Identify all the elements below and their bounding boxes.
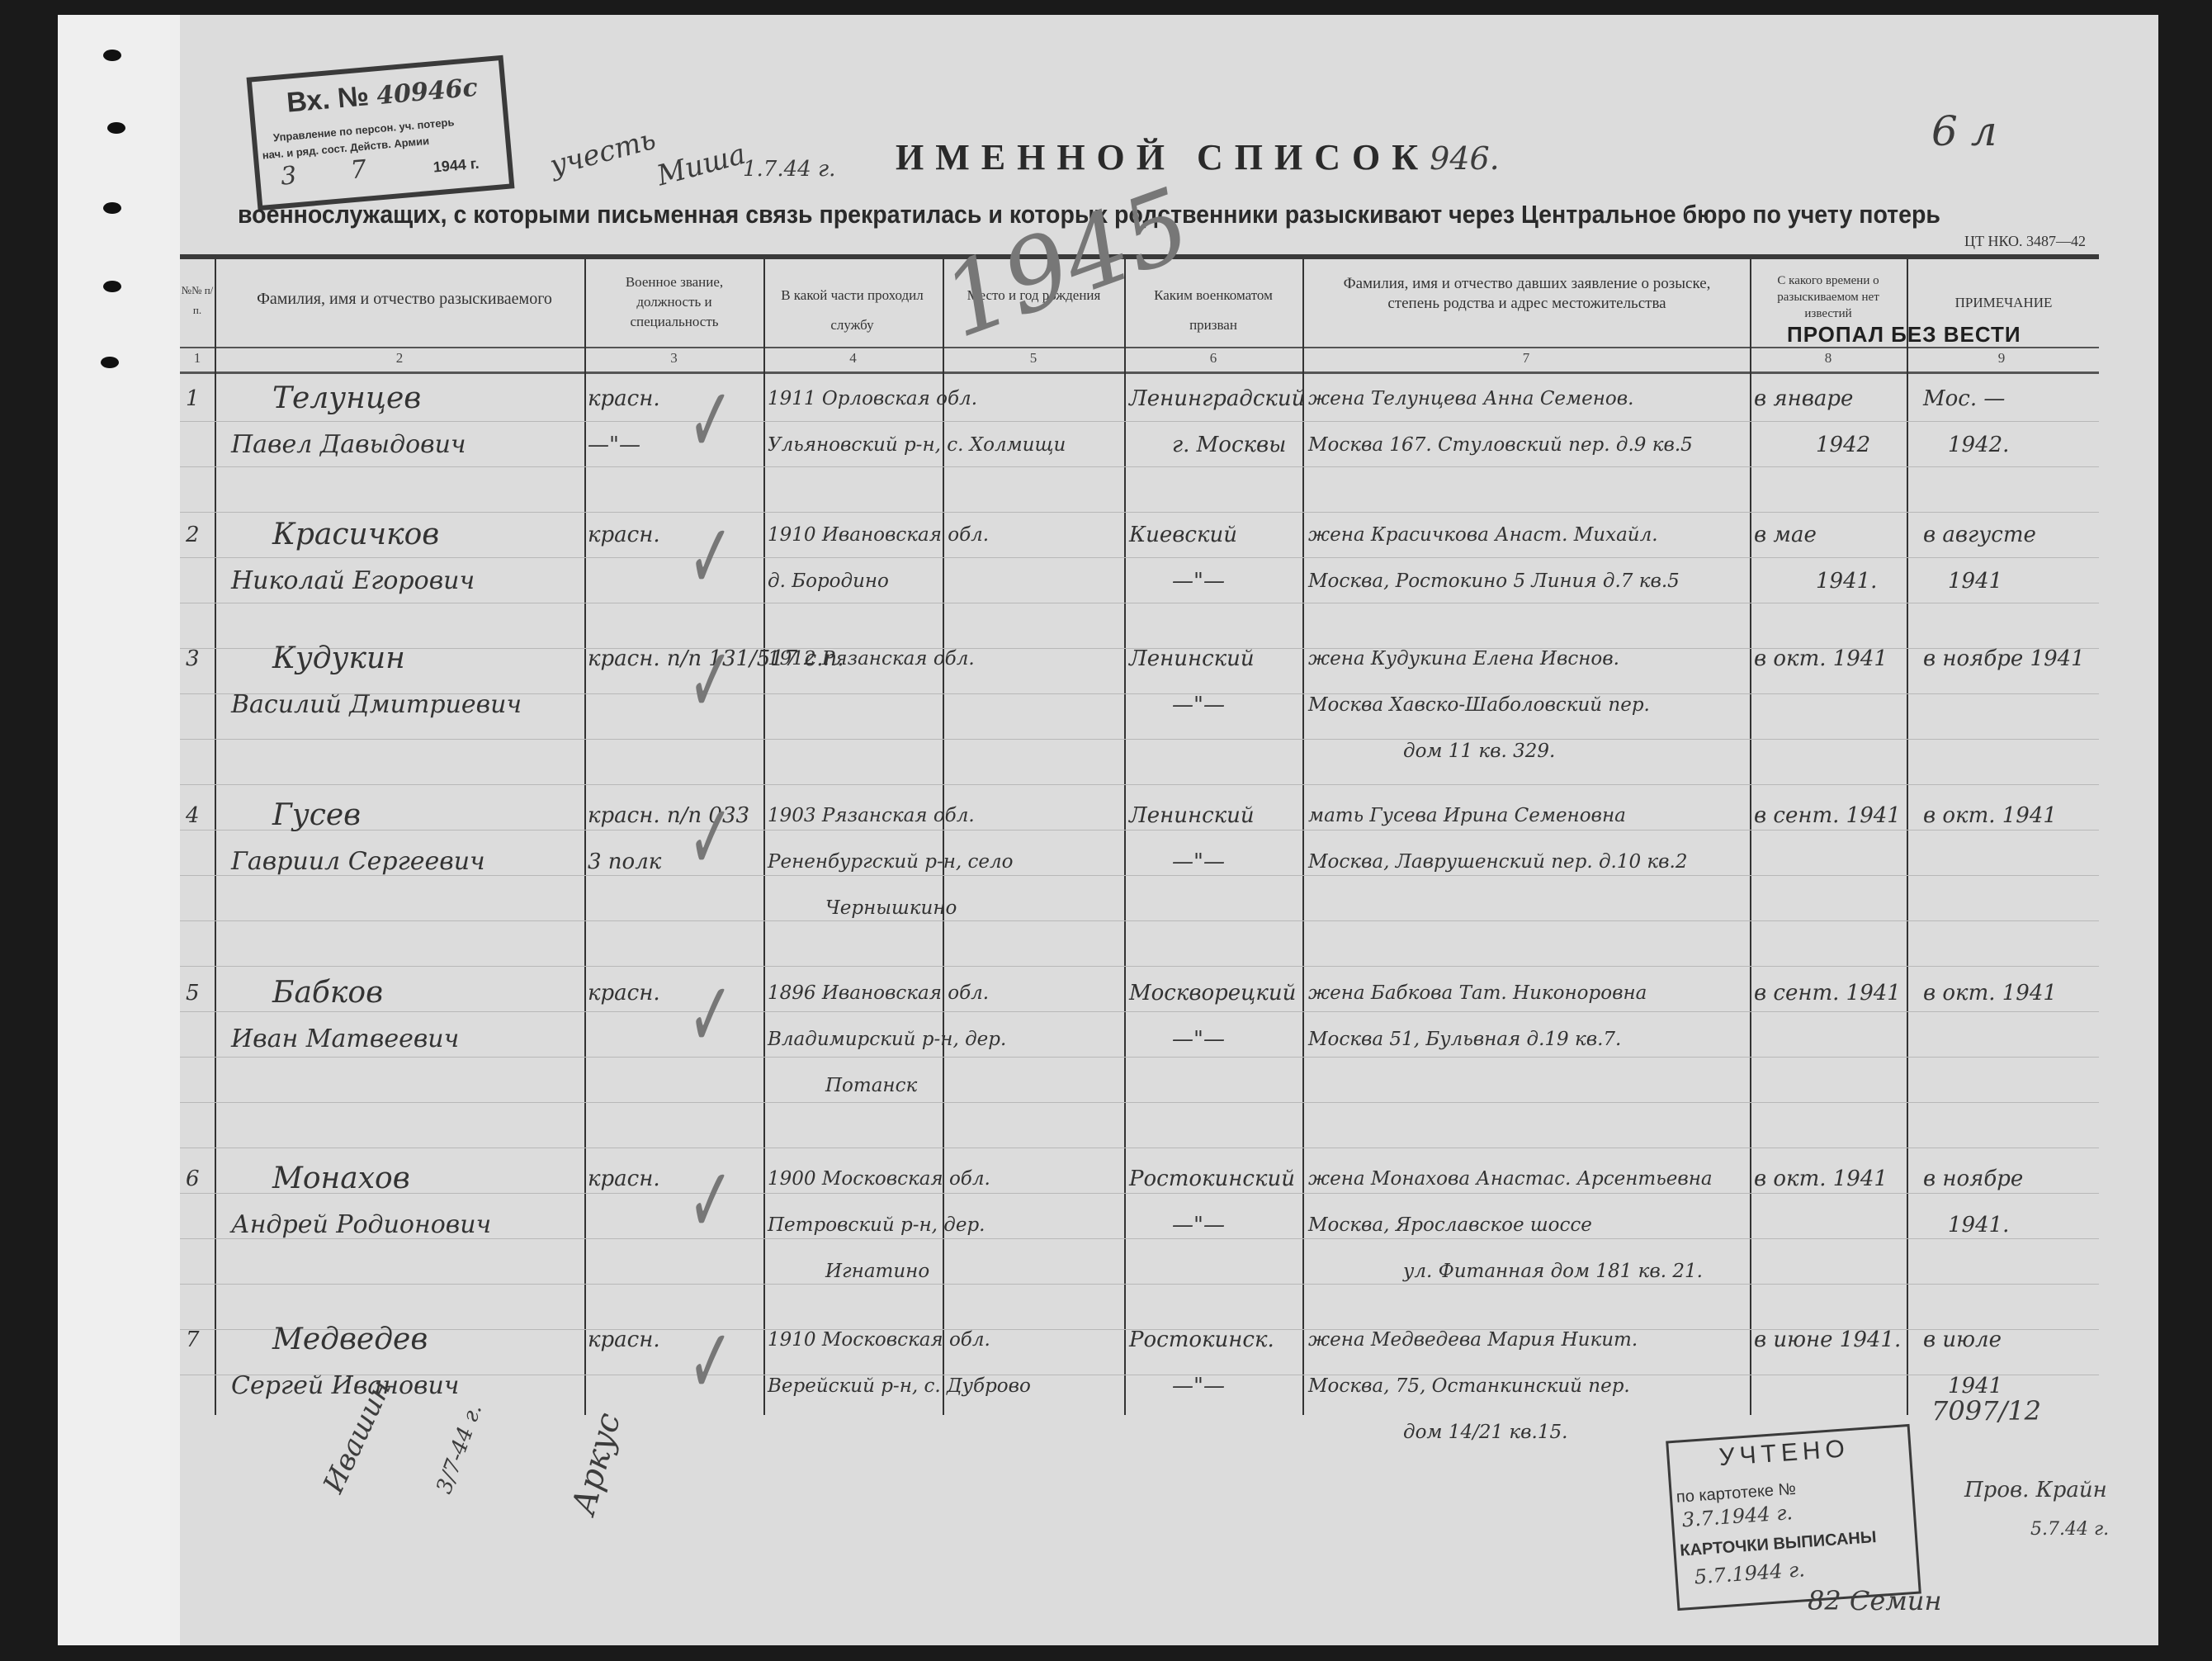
col-num: 8 bbox=[1750, 350, 1907, 367]
voenkomat: Ленинский bbox=[1129, 636, 1255, 682]
col-num: 1 bbox=[180, 350, 215, 367]
stamp-month: 7 bbox=[349, 155, 367, 186]
ruled-line bbox=[180, 966, 2099, 967]
page-mark: 6 л bbox=[1931, 107, 1997, 155]
voenkomat-ditto: —"— bbox=[1172, 1016, 1225, 1062]
ruled-line bbox=[180, 1057, 2099, 1058]
checkmark-icon: ✓ bbox=[688, 1308, 733, 1414]
surname: Кудукин bbox=[272, 636, 405, 682]
surname: Бабков bbox=[272, 970, 383, 1016]
col-num: 4 bbox=[763, 350, 943, 367]
accounted-date2: 5.7.1944 г. bbox=[1694, 1558, 1806, 1588]
surname: Красичков bbox=[272, 512, 439, 558]
no-news-since-year: 1942 bbox=[1816, 422, 1870, 468]
col-divider bbox=[1124, 259, 1126, 1415]
note-date: 1.7.44 г. bbox=[743, 157, 835, 182]
voenkomat-ditto: —"— bbox=[1172, 1202, 1225, 1248]
header-col-3: Военное звание, должность и специальност… bbox=[596, 272, 753, 332]
punch-hole bbox=[107, 122, 125, 134]
voenkomat: Киевский bbox=[1129, 512, 1237, 558]
stamp-number: 40946с bbox=[376, 73, 479, 111]
remark: в июле bbox=[1923, 1317, 2002, 1363]
given-names: Иван Матвеевич bbox=[231, 1016, 459, 1062]
punch-hole bbox=[103, 50, 121, 61]
col-num: 2 bbox=[215, 350, 584, 367]
row-number: 4 bbox=[186, 793, 200, 839]
applicant-line2: Москва Хавско-Шаболовский пер. bbox=[1308, 682, 1650, 728]
stamp-label: Вх. № bbox=[286, 80, 371, 119]
remark: в ноябре bbox=[1923, 1156, 2023, 1202]
col-num: 5 bbox=[943, 350, 1124, 367]
rank: красн. bbox=[588, 512, 660, 558]
remark-line2: 1942. bbox=[1948, 422, 2009, 468]
header-col-4: В какой части проходил службу bbox=[776, 281, 929, 340]
rank: красн. bbox=[588, 1156, 660, 1202]
voenkomat: Ростокинск. bbox=[1129, 1317, 1274, 1363]
applicant-line1: жена Медведева Мария Никит. bbox=[1308, 1317, 1638, 1363]
voenkomat-ditto: г. Москвы bbox=[1172, 422, 1286, 468]
birth-place-line1: 1912 Рязанская обл. bbox=[768, 636, 975, 682]
page-title: ИМЕННОЙ СПИСОК946. bbox=[896, 136, 1500, 178]
col-divider bbox=[1907, 259, 1908, 1415]
applicant-line1: жена Бабкова Тат. Никоноровна bbox=[1308, 970, 1647, 1016]
col-num: 7 bbox=[1302, 350, 1750, 367]
birth-place-line2: Владимирский р-н, дер. bbox=[768, 1016, 1006, 1062]
accounted-note: 82 Семин bbox=[1808, 1585, 1942, 1616]
applicant-line2: Москва, Ростокино 5 Линия д.7 кв.5 bbox=[1308, 558, 1680, 604]
header-col-9: ПРИМЕЧАНИЕ bbox=[1915, 293, 2092, 313]
applicant-line1: жена Телунцева Анна Семенов. bbox=[1308, 376, 1633, 422]
header-col-2: Фамилия, имя и отчество разыскиваемого bbox=[248, 285, 561, 313]
ruled-line bbox=[180, 1102, 2099, 1103]
applicant-line1: жена Кудукина Елена Ивснов. bbox=[1308, 636, 1619, 682]
given-names: Павел Давыдович bbox=[231, 422, 466, 468]
row-number: 3 bbox=[186, 636, 200, 682]
voenkomat-ditto: —"— bbox=[1172, 558, 1225, 604]
binding-strip bbox=[58, 15, 180, 1645]
applicant-line2: Москва 51, Бульвная д.19 кв.7. bbox=[1308, 1016, 1621, 1062]
remark: Мос. — bbox=[1923, 376, 2005, 422]
header-col-7: Фамилия, имя и отчество давших заявление… bbox=[1316, 274, 1737, 314]
no-news-since: в сент. 1941 bbox=[1754, 970, 1901, 1016]
voenkomat-ditto: —"— bbox=[1172, 682, 1225, 728]
rank: красн. bbox=[588, 970, 660, 1016]
given-names: Николай Егорович bbox=[231, 558, 475, 604]
rank-detail: 3 полк bbox=[588, 839, 661, 885]
birth-place-line3: Потанск bbox=[825, 1062, 917, 1109]
remark-line2: 1941 bbox=[1948, 558, 2002, 604]
accounted-line2: КАРТОЧКИ ВЫПИСАНЫ bbox=[1680, 1528, 1877, 1561]
row-number: 1 bbox=[186, 376, 200, 422]
punch-hole bbox=[103, 202, 121, 214]
no-news-since: в окт. 1941 bbox=[1754, 1156, 1888, 1202]
birth-place-line2: Верейский р-н, с. Дуброво bbox=[768, 1363, 1031, 1409]
remark: в окт. 1941 bbox=[1923, 793, 2057, 839]
stamp-day: 3 bbox=[280, 161, 298, 192]
applicant-line2: Москва, Ярославское шоссе bbox=[1308, 1202, 1592, 1248]
ruled-line bbox=[180, 920, 2099, 921]
remark: в августе bbox=[1923, 512, 2036, 558]
birth-place-line1: 1911 Орловская обл. bbox=[768, 376, 977, 422]
applicant-line1: жена Красичкова Анаст. Михайл. bbox=[1308, 512, 1658, 558]
voenkomat-ditto: —"— bbox=[1172, 839, 1225, 885]
no-news-since: в мае bbox=[1754, 512, 1817, 558]
remark: в окт. 1941 bbox=[1923, 970, 2057, 1016]
given-names: Андрей Родионович bbox=[231, 1202, 491, 1248]
ruled-line bbox=[180, 1148, 2099, 1148]
rank: красн. bbox=[588, 376, 660, 422]
voenkomat: Москворецкий bbox=[1129, 970, 1296, 1016]
birth-place-line2: д. Бородино bbox=[768, 558, 889, 604]
no-news-since: в окт. 1941 bbox=[1754, 636, 1888, 682]
header-col-8: С какого времени о разыскиваемом нет изв… bbox=[1754, 272, 1902, 322]
col-divider bbox=[215, 259, 216, 1415]
header-col-1: №№ п/п. bbox=[180, 281, 215, 320]
ruled-line bbox=[180, 784, 2099, 785]
given-names: Сергей Иванович bbox=[231, 1363, 459, 1409]
col-divider bbox=[763, 259, 765, 1415]
applicant-line1: жена Монахова Анастас. Арсентьевна bbox=[1308, 1156, 1713, 1202]
title-suffix: 946. bbox=[1430, 140, 1500, 177]
given-names: Василий Дмитриевич bbox=[231, 682, 522, 728]
birth-place-line2: Ульяновский р-н, с. Холмищи bbox=[768, 422, 1066, 468]
surname: Гусев bbox=[272, 793, 361, 839]
punch-hole bbox=[101, 357, 119, 368]
surname: Медведев bbox=[272, 1317, 428, 1363]
birth-place-line3: Чернышкино bbox=[825, 885, 957, 931]
birth-place-line2: Петровский р-н, дер. bbox=[768, 1202, 985, 1248]
no-news-since-year: 1941. bbox=[1816, 558, 1877, 604]
row-number: 5 bbox=[186, 970, 200, 1016]
ruled-line bbox=[180, 466, 2099, 467]
check-note: Пров. Крайн bbox=[1964, 1478, 2107, 1502]
surname: Телунцев bbox=[272, 376, 421, 422]
birth-place-line1: 1903 Рязанская обл. bbox=[768, 793, 975, 839]
ruled-line bbox=[180, 1375, 2099, 1375]
applicant-line2: Москва, Лаврушенский пер. д.10 кв.2 bbox=[1308, 839, 1688, 885]
rank: красн. bbox=[588, 1317, 660, 1363]
ruled-line bbox=[180, 1284, 2099, 1285]
voenkomat-ditto: —"— bbox=[1172, 1363, 1225, 1409]
col-divider bbox=[584, 259, 586, 1415]
checkmark-icon: ✓ bbox=[688, 367, 733, 473]
birth-place-line1: 1910 Ивановская обл. bbox=[768, 512, 989, 558]
col-num: 3 bbox=[584, 350, 763, 367]
checkmark-icon: ✓ bbox=[688, 1148, 733, 1253]
ruled-line bbox=[180, 739, 2099, 740]
header-bottom bbox=[180, 371, 2099, 374]
row-number: 2 bbox=[186, 512, 200, 558]
col-num: 9 bbox=[1907, 350, 2096, 367]
col-divider bbox=[1750, 259, 1751, 1415]
col-divider bbox=[1302, 259, 1304, 1415]
applicant-line3: ул. Фитанная дом 181 кв. 21. bbox=[1403, 1248, 1703, 1294]
applicant-line3: дом 14/21 кв.15. bbox=[1403, 1409, 1567, 1455]
incoming-stamp: Вх. № 40946с Управление по персон. уч. п… bbox=[247, 55, 515, 211]
birth-place-line1: 1896 Ивановская обл. bbox=[768, 970, 989, 1016]
checkmark-icon: ✓ bbox=[688, 504, 733, 609]
remark-line2: 1941. bbox=[1948, 1202, 2009, 1248]
remark-number: 7097/12 bbox=[1931, 1395, 2041, 1427]
no-news-since: в июне 1941. bbox=[1754, 1317, 1901, 1363]
row-number: 6 bbox=[186, 1156, 200, 1202]
remark: в ноябре 1941 bbox=[1923, 636, 2085, 682]
checkmark-icon: ✓ bbox=[688, 962, 733, 1067]
no-news-since: в январе bbox=[1754, 376, 1853, 422]
applicant-line1: мать Гусева Ирина Семеновна bbox=[1308, 793, 1626, 839]
missing-stamp: ПРОПАЛ БЕЗ ВЕСТИ bbox=[1787, 322, 2021, 348]
voenkomat: Ростокинский bbox=[1129, 1156, 1295, 1202]
surname: Монахов bbox=[272, 1156, 410, 1202]
applicant-line2: Москва, 75, Останкинский пер. bbox=[1308, 1363, 1630, 1409]
rank-detail: —"— bbox=[588, 422, 640, 468]
punch-hole bbox=[103, 281, 121, 292]
row-number: 7 bbox=[186, 1317, 200, 1363]
accounted-title: УЧТЕНО bbox=[1718, 1435, 1850, 1472]
col-num: 6 bbox=[1124, 350, 1302, 367]
applicant-line3: дом 11 кв. 329. bbox=[1403, 728, 1555, 774]
check-date: 5.7.44 г. bbox=[2030, 1519, 2109, 1540]
accounted-stamp: УЧТЕНО по картотеке № 3.7.1944 г. КАРТОЧ… bbox=[1666, 1424, 1921, 1611]
no-news-since: в сент. 1941 bbox=[1754, 793, 1901, 839]
applicant-line2: Москва 167. Стуловский пер. д.9 кв.5 bbox=[1308, 422, 1693, 468]
birth-place-line1: 1910 Московская обл. bbox=[768, 1317, 990, 1363]
voenkomat: Ленинградский bbox=[1129, 376, 1305, 422]
voenkomat: Ленинский bbox=[1129, 793, 1255, 839]
birth-place-line1: 1900 Московская обл. bbox=[768, 1156, 990, 1202]
birth-place-line2: Рененбургский р-н, село bbox=[768, 839, 1014, 885]
form-code: ЦТ НКО. 3487—42 bbox=[1964, 233, 2086, 250]
birth-place-line3: Игнатино bbox=[825, 1248, 929, 1294]
checkmark-icon: ✓ bbox=[688, 784, 733, 890]
stamp-year: 1944 г. bbox=[432, 155, 480, 177]
checkmark-icon: ✓ bbox=[688, 627, 733, 733]
given-names: Гавриил Сергеевич bbox=[231, 839, 485, 885]
